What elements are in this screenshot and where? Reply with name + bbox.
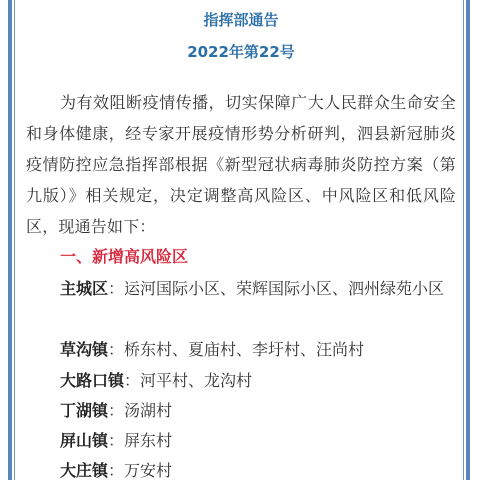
separator: ： (108, 340, 124, 359)
place-list: 运河国际小区、荣辉国际小区、泗州绿苑小区 (124, 279, 444, 298)
town-name: 草沟镇 (60, 340, 108, 359)
frame-border-right-thin (463, 0, 464, 480)
risk-area-entry: 屏山镇：屏东村 (26, 425, 456, 456)
separator: ： (108, 279, 124, 298)
town-name: 大庄镇 (60, 461, 108, 480)
risk-area-entry: 大路口镇：河平村、龙沟村 (26, 365, 456, 396)
town-name: 屏山镇 (60, 431, 108, 450)
intro-paragraph: 为有效阻断疫情传播，切实保障广大人民群众生命安全和身体健康，经专家开展疫情形势分… (26, 87, 456, 242)
risk-area-entry: 大庄镇：万安村 (26, 455, 456, 480)
notice-number: 2022年第22号 (26, 40, 456, 64)
section-heading-new-high-risk: 一、新增高风险区 (60, 243, 188, 271)
frame-border-left-thick (8, 0, 12, 480)
place-list: 屏东村 (124, 431, 172, 450)
place-list: 万安村 (124, 461, 172, 480)
frame-border-left-thin (14, 0, 15, 480)
notice-title: 指挥部通告 (26, 8, 456, 32)
town-name: 丁湖镇 (60, 401, 108, 420)
town-name: 主城区 (60, 279, 108, 298)
risk-area-entry: 丁湖镇：汤湖村 (26, 395, 456, 426)
separator: ： (108, 461, 124, 480)
place-list: 桥东村、夏庙村、李圩村、汪尚村 (124, 340, 364, 359)
town-name: 大路口镇 (60, 371, 124, 390)
separator: ： (108, 401, 124, 420)
place-list: 汤湖村 (124, 401, 172, 420)
risk-area-entry: 草沟镇：桥东村、夏庙村、李圩村、汪尚村 (26, 334, 456, 365)
place-list: 河平村、龙沟村 (140, 371, 252, 390)
frame-border-right-thick (466, 0, 470, 480)
separator: ： (124, 371, 140, 390)
separator: ： (108, 431, 124, 450)
risk-area-entry: 主城区：运河国际小区、荣辉国际小区、泗州绿苑小区 (26, 273, 456, 304)
